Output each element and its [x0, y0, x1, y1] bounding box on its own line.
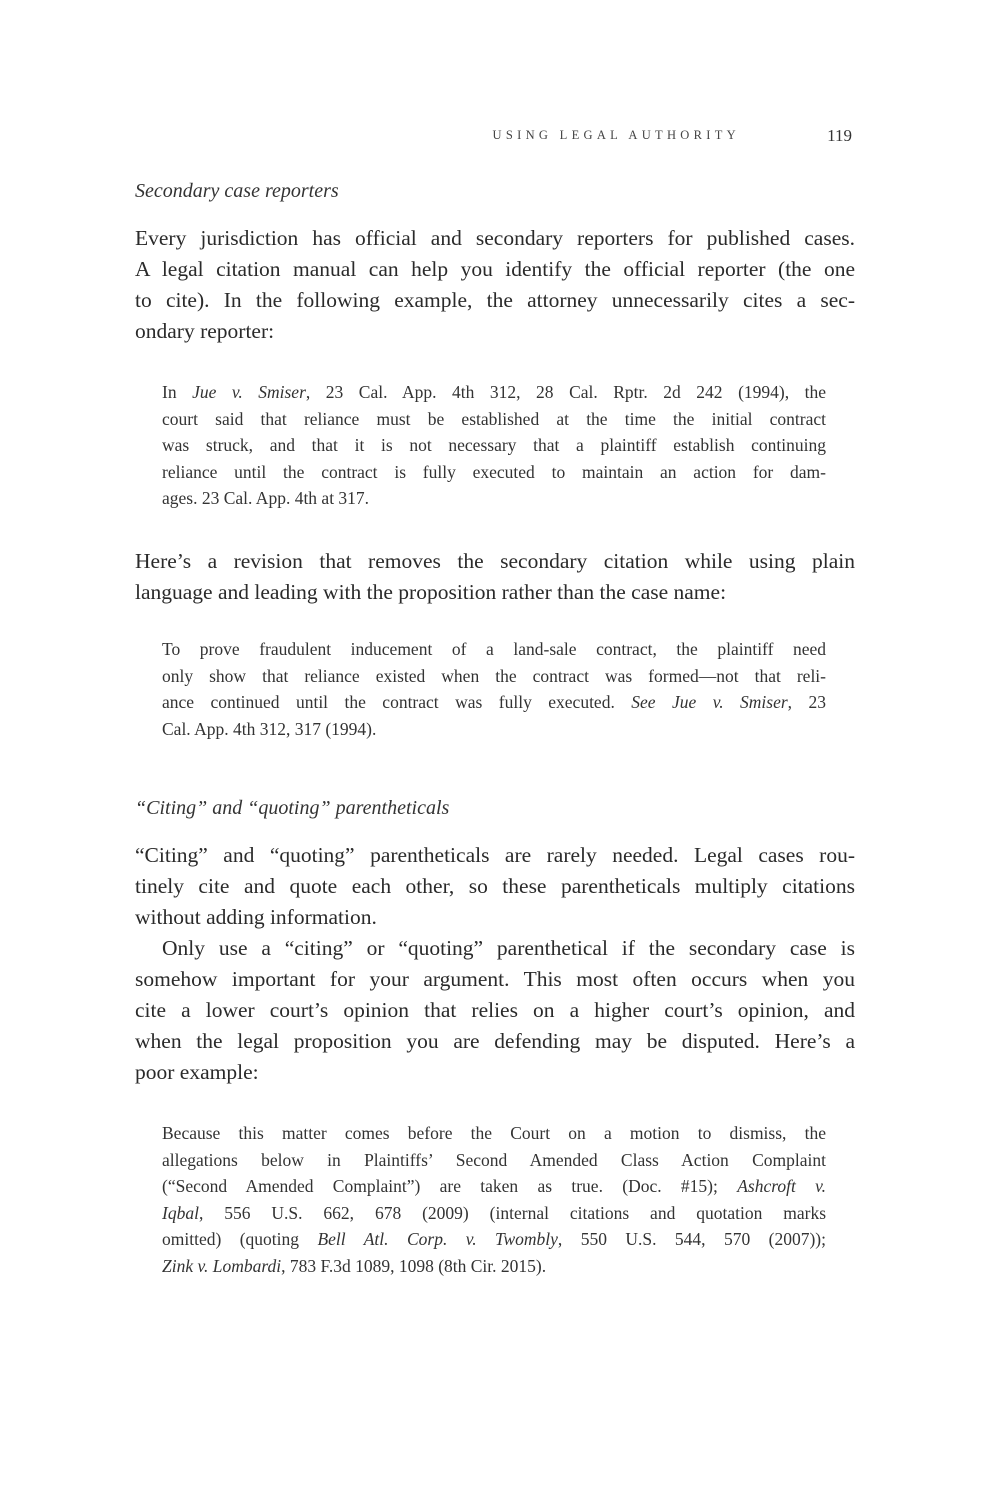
text-line: ages. 23 Cal. App. 4th at 317. [162, 485, 826, 512]
text-line: ondary reporter: [135, 316, 855, 347]
text-line: somehow important for your argument. Thi… [135, 964, 855, 995]
text-line: To prove fraudulent inducement of a land… [162, 636, 826, 663]
paragraph-revision-intro: Here’s a revision that removes the secon… [135, 546, 855, 608]
text-line: Iqbal, 556 U.S. 662, 678 (2009) (interna… [162, 1200, 826, 1227]
text-line: Only use a “citing” or “quoting” parenth… [135, 933, 855, 964]
text-line: Every jurisdiction has official and seco… [135, 223, 855, 254]
text-run: , 783 F.3d 1089, 1098 (8th Cir. 2015). [281, 1256, 546, 1276]
text-line: poor example: [135, 1057, 855, 1088]
text-line: when the legal proposition you are defen… [135, 1026, 855, 1057]
text-line: reliance until the contract is fully exe… [162, 459, 826, 486]
text-line: only show that reliance existed when the… [162, 663, 826, 690]
text-run: In [162, 382, 192, 402]
text-line: court said that reliance must be establi… [162, 406, 826, 433]
text-line: to cite). In the following example, the … [135, 285, 855, 316]
case-name: Zink v. Lombardi [162, 1256, 281, 1276]
paragraph-secondary-reporters: Every jurisdiction has official and seco… [135, 223, 855, 347]
book-page: USING LEGAL AUTHORITY 119 Secondary case… [0, 0, 994, 1500]
section-heading-parentheticals: “Citing” and “quoting” parentheticals [135, 797, 449, 820]
text-line: A legal citation manual can help you ide… [135, 254, 855, 285]
example-quote-2: To prove fraudulent inducement of a land… [162, 636, 826, 742]
text-line: Here’s a revision that removes the secon… [135, 546, 855, 577]
page-number: 119 [827, 126, 852, 146]
text-run: , 556 U.S. 662, 678 (2009) (internal cit… [199, 1203, 826, 1223]
text-line: Cal. App. 4th 312, 317 (1994). [162, 716, 826, 743]
text-line: Zink v. Lombardi, 783 F.3d 1089, 1098 (8… [162, 1253, 826, 1280]
text-line: omitted) (quoting Bell Atl. Corp. v. Two… [162, 1226, 826, 1253]
text-line: In Jue v. Smiser, 23 Cal. App. 4th 312, … [162, 379, 826, 406]
paragraph-parentheticals-1: “Citing” and “quoting” parentheticals ar… [135, 840, 855, 933]
case-name: Bell Atl. Corp. v. Twombly [317, 1229, 557, 1249]
text-line: “Citing” and “quoting” parentheticals ar… [135, 840, 855, 871]
running-head: USING LEGAL AUTHORITY 119 [135, 126, 852, 150]
case-name: Jue v. Smiser [192, 382, 306, 402]
example-quote-3: Because this matter comes before the Cou… [162, 1120, 826, 1279]
text-line: was struck, and that it is not necessary… [162, 432, 826, 459]
text-line: cite a lower court’s opinion that relies… [135, 995, 855, 1026]
text-line: without adding information. [135, 902, 855, 933]
text-line: language and leading with the propositio… [135, 577, 855, 608]
case-name: Ashcroft v. [737, 1176, 826, 1196]
text-run: , 23 [788, 692, 826, 712]
section-heading-secondary-reporters: Secondary case reporters [135, 180, 339, 203]
text-line: allegations below in Plaintiffs’ Second … [162, 1147, 826, 1174]
text-run: omitted) (quoting [162, 1229, 317, 1249]
text-run: (“Second Amended Complaint”) are taken a… [162, 1176, 737, 1196]
example-quote-1: In Jue v. Smiser, 23 Cal. App. 4th 312, … [162, 379, 826, 512]
case-name: Iqbal [162, 1203, 199, 1223]
text-run: ance continued until the contract was fu… [162, 692, 631, 712]
text-line: Because this matter comes before the Cou… [162, 1120, 826, 1147]
text-line: ance continued until the contract was fu… [162, 689, 826, 716]
running-head-title: USING LEGAL AUTHORITY [493, 128, 740, 143]
text-line: (“Second Amended Complaint”) are taken a… [162, 1173, 826, 1200]
case-name: See Jue v. Smiser [631, 692, 787, 712]
paragraph-parentheticals-2: Only use a “citing” or “quoting” parenth… [135, 933, 855, 1088]
text-line: tinely cite and quote each other, so the… [135, 871, 855, 902]
text-run: , 23 Cal. App. 4th 312, 28 Cal. Rptr. 2d… [306, 382, 826, 402]
text-run: , 550 U.S. 544, 570 (2007)); [558, 1229, 826, 1249]
